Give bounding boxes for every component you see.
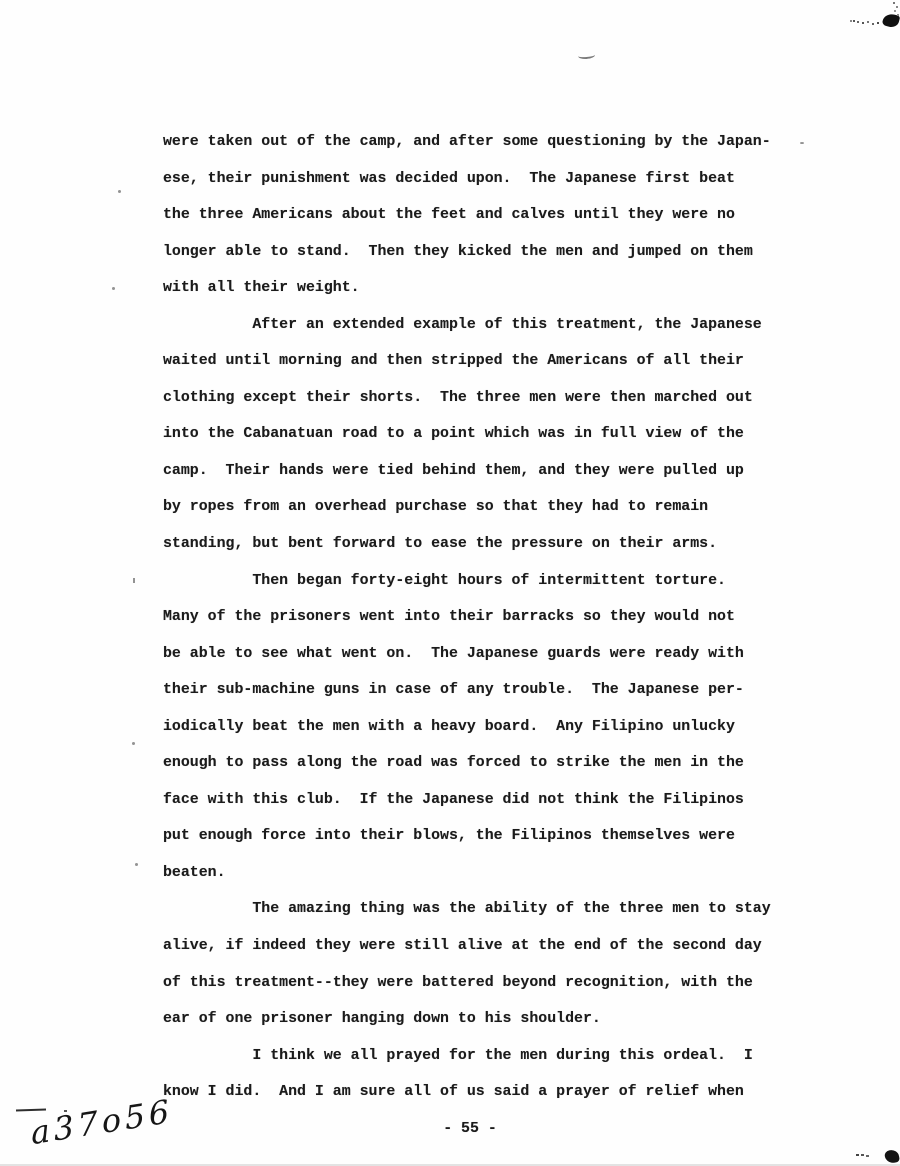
scan-smudge-top-right: [882, 12, 900, 28]
text-line: Many of the prisoners went into their ba…: [163, 599, 823, 636]
scan-speck: [133, 578, 135, 583]
handwritten-dot-mark: [64, 1110, 67, 1112]
text-line: with all their weight.: [163, 270, 823, 307]
text-line: clothing except their shorts. The three …: [163, 380, 823, 417]
text-line: enough to pass along the road was forced…: [163, 745, 823, 782]
text-line: ese, their punishment was decided upon. …: [163, 161, 823, 198]
text-line: The amazing thing was the ability of the…: [163, 891, 823, 928]
text-line: I think we all prayed for the men during…: [163, 1038, 823, 1075]
scan-dots-bottom-right: [856, 1154, 859, 1156]
text-line: standing, but bent forward to ease the p…: [163, 526, 823, 563]
scan-squiggle-mark: [578, 51, 595, 59]
text-line: longer able to stand. Then they kicked t…: [163, 234, 823, 271]
text-line: After an extended example of this treatm…: [163, 307, 823, 344]
scan-speckle-trail-top-right: [853, 20, 855, 22]
typewritten-text: were taken out of the camp, and after so…: [163, 124, 823, 1111]
document-page: were taken out of the camp, and after so…: [0, 0, 900, 1166]
text-line: beaten.: [163, 855, 823, 892]
scan-speck: [118, 190, 121, 193]
scan-speck: [112, 287, 115, 290]
text-line: were taken out of the camp, and after so…: [163, 124, 823, 161]
text-line: alive, if indeed they were still alive a…: [163, 928, 823, 965]
text-line: put enough force into their blows, the F…: [163, 818, 823, 855]
text-line: of this treatment--they were battered be…: [163, 965, 823, 1002]
text-line: Then began forty-eight hours of intermit…: [163, 563, 823, 600]
text-line: waited until morning and then stripped t…: [163, 343, 823, 380]
text-line: ear of one prisoner hanging down to his …: [163, 1001, 823, 1038]
text-line: iodically beat the men with a heavy boar…: [163, 709, 823, 746]
text-line: into the Cabanatuan road to a point whic…: [163, 416, 823, 453]
scan-speck: [135, 863, 138, 866]
text-line: know I did. And I am sure all of us said…: [163, 1074, 823, 1111]
handwritten-annotation: a37o56: [29, 1092, 174, 1152]
scan-speck: [597, 937, 599, 939]
scan-speck: [132, 742, 135, 745]
text-line: by ropes from an overhead purchase so th…: [163, 489, 823, 526]
text-line: camp. Their hands were tied behind them,…: [163, 453, 823, 490]
text-line: their sub-machine guns in case of any tr…: [163, 672, 823, 709]
scan-edge-specks-top-right: [893, 2, 895, 4]
text-line: face with this club. If the Japanese did…: [163, 782, 823, 819]
text-line: be able to see what went on. The Japanes…: [163, 636, 823, 673]
scan-speck: [800, 142, 804, 144]
handwritten-dash-mark: [16, 1108, 46, 1111]
text-line: the three Americans about the feet and c…: [163, 197, 823, 234]
scan-smudge-bottom-right: [884, 1149, 900, 1164]
